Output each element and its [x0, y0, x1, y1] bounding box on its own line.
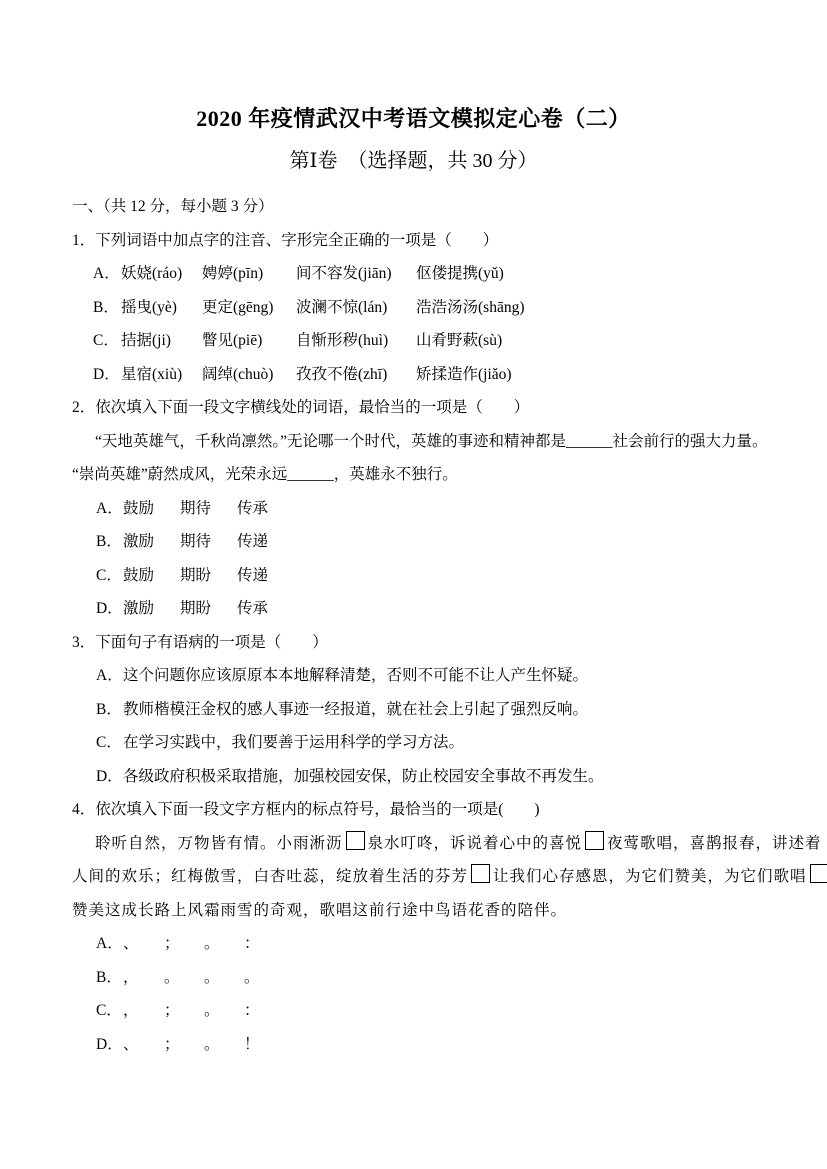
- q3-option-d-label: D．: [96, 760, 123, 794]
- q2-option-b-word-1: 激励: [123, 525, 180, 559]
- q2-option-c-word-1: 鼓励: [123, 559, 180, 593]
- q4-passage-seg-5: 让我们心存感恩，为它们赞美，为它们歌唱: [493, 868, 807, 885]
- q1-option-b-word-3: 波澜不惊(lán): [296, 291, 416, 325]
- q4-option-d-label: D．: [96, 1028, 123, 1062]
- punctuation-box-1: [346, 831, 365, 850]
- q1-option-a: A． 妖娆(ráo) 娉婷(pīn) 间不容发(jiān) 伛偻提携(yǔ): [72, 257, 755, 291]
- q2-option-b-word-3: 传递: [237, 525, 755, 559]
- q1-option-d-word-2: 阔绰(chuò): [202, 358, 296, 392]
- q2-option-d-word-3: 传承: [237, 592, 755, 626]
- q2-option-a: A． 鼓励 期待 传承: [72, 492, 755, 526]
- q1-stem: 1．下列词语中加点字的注音、字形完全正确的一项是（ ）: [72, 224, 755, 258]
- q4-option-c: C． ， ； 。 ：: [72, 994, 755, 1028]
- q4-option-b: B． ， 。 。 。: [72, 961, 755, 995]
- q4-passage-seg-1: 聆听自然，万物皆有情。小雨淅沥: [95, 835, 343, 852]
- q3-option-a-text: 这个问题你应该原原本本地解释清楚，否则不可能不让人产生怀疑。: [123, 667, 588, 684]
- q1-option-b-word-4: 浩浩汤汤(shāng): [416, 291, 755, 325]
- punctuation-box-3: [471, 864, 490, 883]
- q4-option-a-mark-4: ：: [244, 927, 755, 961]
- q1-option-d-word-3: 孜孜不倦(zhī): [296, 358, 416, 392]
- q1-option-d-word-4: 矫揉造作(jiǎo): [416, 358, 755, 392]
- q2-option-a-word-3: 传承: [237, 492, 755, 526]
- q4-passage-line-1: 聆听自然，万物皆有情。小雨淅沥泉水叮咚，诉说着心中的喜悦夜莺歌唱，喜鹊报春，讲述…: [72, 827, 755, 861]
- q2-option-d-word-1: 激励: [123, 592, 180, 626]
- q1-option-b-word-2: 更定(gēng): [202, 291, 296, 325]
- q4-passage-seg-3: 夜莺歌唱，喜鹊报春，讲述着: [607, 835, 822, 852]
- q2-option-b-word-2: 期待: [180, 525, 237, 559]
- q3-option-c-label: C．: [96, 726, 123, 760]
- q2-option-b: B． 激励 期待 传递: [72, 525, 755, 559]
- q4-option-d-mark-2: ；: [164, 1028, 204, 1062]
- q4-passage-line-3: 赞美这成长路上风霜雨雪的奇观，歌唱这前行途中鸟语花香的陪伴。: [72, 894, 755, 928]
- exam-body: 一、（共 12 分，每小题 3 分） 1．下列词语中加点字的注音、字形完全正确的…: [72, 190, 755, 1061]
- q4-option-b-mark-1: ，: [123, 961, 164, 995]
- q1-option-c-word-2: 瞥见(piē): [202, 324, 296, 358]
- q4-option-c-label: C．: [96, 994, 123, 1028]
- exam-part-heading: 第Ⅰ卷 （选择题，共 30 分）: [72, 147, 755, 175]
- q4-option-b-mark-3: 。: [204, 961, 244, 995]
- q1-option-c-word-4: 山肴野蔌(sù): [416, 324, 755, 358]
- q2-passage-line-1: “天地英雄气，千秋尚凛然。”无论哪一个时代，英雄的事迹和精神都是______社会…: [72, 425, 755, 459]
- q4-option-d-mark-1: 、: [123, 1028, 164, 1062]
- q2-option-c: C． 鼓励 期盼 传递: [72, 559, 755, 593]
- q3-option-b: B．教师楷模汪金权的感人事迹一经报道，就在社会上引起了强烈反响。: [72, 693, 755, 727]
- q2-option-c-word-3: 传递: [237, 559, 755, 593]
- q2-option-a-word-1: 鼓励: [123, 492, 180, 526]
- q4-option-b-label: B．: [96, 961, 123, 995]
- q2-passage-line-2: “崇尚英雄”蔚然成风，光荣永远______，英雄永不独行。: [72, 458, 755, 492]
- q1-option-c-word-1: 拮据(ji): [121, 324, 202, 358]
- q1-option-a-word-1: 妖娆(ráo): [121, 257, 202, 291]
- q4-option-a-mark-2: ；: [164, 927, 204, 961]
- q3-option-c-text: 在学习实践中，我们要善于运用科学的学习方法。: [123, 734, 464, 751]
- q4-option-a-mark-3: 。: [204, 927, 244, 961]
- q4-option-b-mark-4: 。: [244, 961, 755, 995]
- q3-option-c: C．在学习实践中，我们要善于运用科学的学习方法。: [72, 726, 755, 760]
- q1-option-d: D． 星宿(xiù) 阔绰(chuò) 孜孜不倦(zhī) 矫揉造作(jiǎo): [72, 358, 755, 392]
- q4-option-d-mark-3: 。: [204, 1028, 244, 1062]
- q4-option-c-mark-4: ：: [244, 994, 755, 1028]
- q2-option-a-label: A．: [96, 492, 123, 526]
- q3-option-d-text: 各级政府积极采取措施，加强校园安保，防止校园安全事故不再发生。: [123, 768, 604, 785]
- exam-title: 2020 年疫情武汉中考语文模拟定心卷（二）: [72, 104, 755, 134]
- q1-option-c-label: C．: [93, 324, 121, 358]
- q3-option-a: A．这个问题你应该原原本本地解释清楚，否则不可能不让人产生怀疑。: [72, 659, 755, 693]
- q2-option-d-word-2: 期盼: [180, 592, 237, 626]
- q4-option-c-mark-1: ，: [123, 994, 164, 1028]
- q3-option-a-label: A．: [96, 659, 123, 693]
- q2-option-b-label: B．: [96, 525, 123, 559]
- q4-option-d-mark-4: ！: [244, 1028, 755, 1062]
- q2-stem: 2．依次填入下面一段文字横线处的词语，最恰当的一项是（ ）: [72, 391, 755, 425]
- q1-option-a-word-2: 娉婷(pīn): [202, 257, 296, 291]
- q3-option-b-label: B．: [96, 693, 123, 727]
- q1-option-a-word-4: 伛偻提携(yǔ): [416, 257, 755, 291]
- section-one-heading: 一、（共 12 分，每小题 3 分）: [72, 190, 755, 224]
- q2-option-a-word-2: 期待: [180, 492, 237, 526]
- q1-option-d-word-1: 星宿(xiù): [121, 358, 202, 392]
- q4-option-a: A． 、 ； 。 ：: [72, 927, 755, 961]
- q2-option-d: D． 激励 期盼 传承: [72, 592, 755, 626]
- q4-passage-line-2: 人间的欢乐；红梅傲雪，白杏吐蕊，绽放着生活的芬芳让我们心存感恩，为它们赞美，为它…: [72, 860, 755, 894]
- q3-stem: 3．下面句子有语病的一项是（ ）: [72, 626, 755, 660]
- q1-option-b: B． 摇曳(yè) 更定(gēng) 波澜不惊(lán) 浩浩汤汤(shāng): [72, 291, 755, 325]
- punctuation-box-2: [585, 831, 604, 850]
- q1-option-c: C． 拮据(ji) 瞥见(piē) 自惭形秽(huì) 山肴野蔌(sù): [72, 324, 755, 358]
- punctuation-box-4: [810, 864, 827, 883]
- q4-option-a-mark-1: 、: [123, 927, 164, 961]
- q4-option-c-mark-3: 。: [204, 994, 244, 1028]
- q1-option-b-word-1: 摇曳(yè): [121, 291, 202, 325]
- q2-option-c-label: C．: [96, 559, 123, 593]
- q4-option-a-label: A．: [96, 927, 123, 961]
- q4-passage-seg-2: 泉水叮咚，诉说着心中的喜悦: [368, 835, 583, 852]
- q1-option-c-word-3: 自惭形秽(huì): [296, 324, 416, 358]
- q1-option-b-label: B．: [93, 291, 121, 325]
- q2-option-c-word-2: 期盼: [180, 559, 237, 593]
- q1-option-a-word-3: 间不容发(jiān): [296, 257, 416, 291]
- q4-option-b-mark-2: 。: [164, 961, 204, 995]
- q1-option-d-label: D．: [93, 358, 121, 392]
- q4-passage-seg-4: 人间的欢乐；红梅傲雪，白杏吐蕊，绽放着生活的芬芳: [72, 868, 468, 885]
- q3-option-d: D．各级政府积极采取措施，加强校园安保，防止校园安全事故不再发生。: [72, 760, 755, 794]
- q2-option-d-label: D．: [96, 592, 123, 626]
- q4-stem: 4．依次填入下面一段文字方框内的标点符号，最恰当的一项是( ): [72, 793, 755, 827]
- q3-option-b-text: 教师楷模汪金权的感人事迹一经报道，就在社会上引起了强烈反响。: [123, 701, 588, 718]
- q4-option-d: D． 、 ； 。 ！: [72, 1028, 755, 1062]
- q4-option-c-mark-2: ；: [164, 994, 204, 1028]
- q1-option-a-label: A．: [93, 257, 121, 291]
- exam-page: 2020 年疫情武汉中考语文模拟定心卷（二） 第Ⅰ卷 （选择题，共 30 分） …: [0, 0, 827, 1169]
